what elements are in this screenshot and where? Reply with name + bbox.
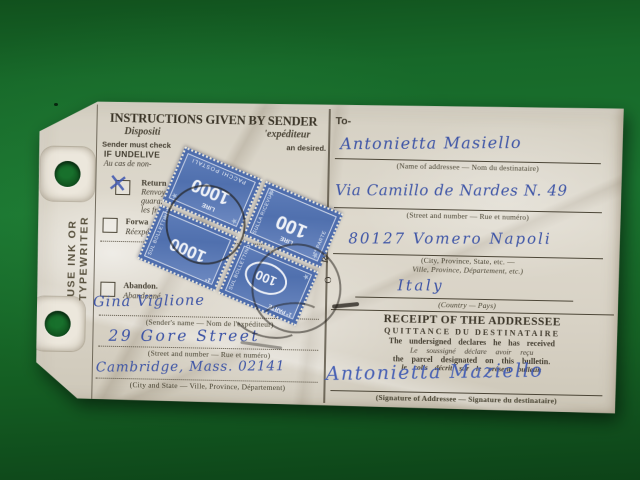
addressee-name-handwriting: Antonietta Masiello: [340, 133, 522, 153]
return-label-fr1: Renvoy: [141, 187, 166, 196]
receipt-signature-handwriting: Antonietta Maziello: [326, 360, 544, 385]
forward-checkbox: [102, 218, 117, 233]
addressee-city-handwriting: 80127 Vomero Napoli: [348, 229, 551, 247]
postmark-letter-o: O: [324, 276, 334, 284]
addressee-street-handwriting: Via Camillo de Nardes N. 49: [335, 181, 567, 199]
return-label-en: Return: [141, 178, 166, 187]
return-check-mark: ✕: [106, 168, 130, 199]
check-fragment-right: an desired.: [286, 143, 326, 153]
use-ink-note-line2: TYPEWRITER: [77, 216, 91, 301]
to-label: To-: [335, 115, 351, 127]
parcel-tag-card: USE INK OR TYPEWRITER INSTRUCTIONS GIVEN…: [33, 97, 625, 416]
abandon-label-en: Abandon.: [123, 281, 163, 291]
subtitle-fragment-right: 'expéditeur: [264, 129, 310, 141]
card-paper: USE INK OR TYPEWRITER INSTRUCTIONS GIVEN…: [33, 97, 625, 416]
photo-background: USE INK OR TYPEWRITER INSTRUCTIONS GIVEN…: [0, 0, 640, 480]
addressee-country-handwriting: Italy: [397, 276, 444, 294]
sender-name-handwriting: Gina Viglione: [93, 293, 205, 311]
subtitle-fragment-left: Dispositi: [124, 126, 160, 138]
sender-street-handwriting: 29 Gore Street: [108, 327, 260, 345]
use-ink-note: USE INK OR TYPEWRITER: [64, 178, 91, 338]
sender-city-handwriting: Cambridge, Mass. 02141: [96, 358, 285, 375]
